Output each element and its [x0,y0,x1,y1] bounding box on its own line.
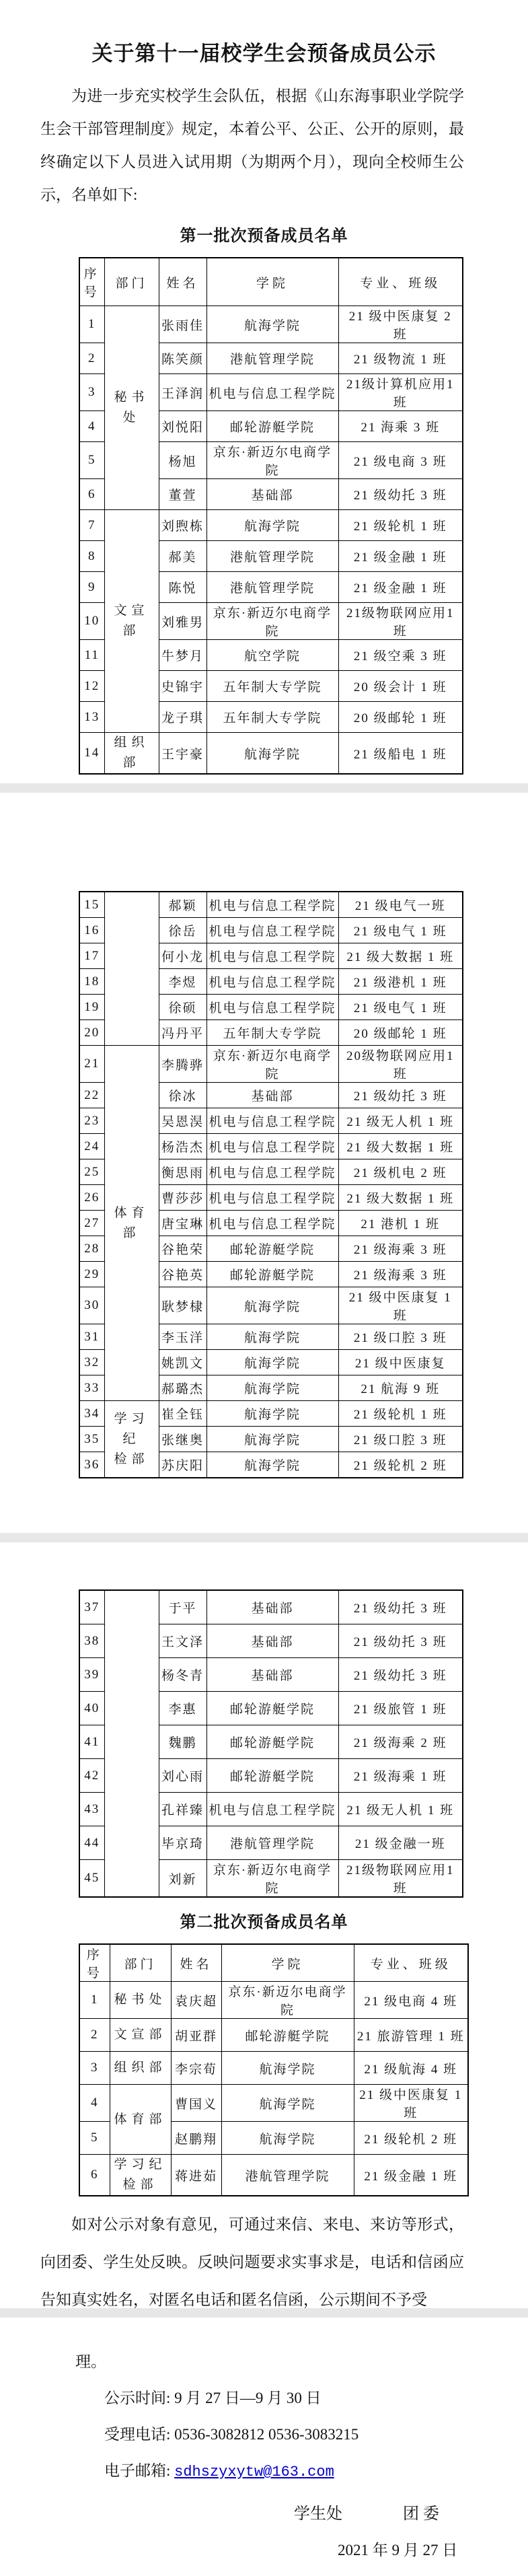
table-cell: 毕京琦 [159,1826,206,1860]
batch1-table-page2-wrap: 15郝颖机电与信息工程学院21 级电气一班16徐岳机电与信息工程学院21 级电气… [0,891,528,1478]
row-number-cell: 4 [79,411,104,442]
table-cell: 21 级幼托 3 班 [338,1624,463,1658]
row-number-cell: 26 [79,1185,104,1211]
table-cell: 机电与信息工程学院 [206,1211,338,1236]
intro-paragraph: 为进一步充实校学生会队伍，根据《山东海事职业学院学生会干部管理制度》规定，本着公… [40,79,464,211]
table-cell: 崔全钰 [159,1401,206,1427]
table-cell: 体育部 [104,1046,159,1401]
batch1-table-page2: 15郝颖机电与信息工程学院21 级电气一班16徐岳机电与信息工程学院21 级电气… [79,891,463,1478]
table-cell: 21 级轮机 1 班 [338,1401,463,1427]
table-cell: 曹国义 [171,2085,221,2122]
row-number-cell: 7 [79,510,104,541]
row-number-cell: 40 [79,1692,104,1725]
table-cell: 史锦宇 [159,671,206,702]
table-cell: 京东·新迈尔电商学院 [206,1046,338,1083]
document-page-3: 37于平基础部21 级幼托 3 班38王文泽基础部21 级幼托 3 班39杨冬青… [0,1542,528,2308]
table-cell: 邮轮游艇学院 [206,1725,338,1759]
table-cell: 20 级邮轮 1 班 [338,1020,463,1046]
row-number-cell: 23 [79,1108,104,1134]
table-cell: 21 级金融一班 [338,1826,463,1860]
row-number-cell: 35 [79,1427,104,1452]
table-cell: 航海学院 [221,2052,354,2085]
col-header-major-class: 专业、班级 [354,1944,468,1982]
table-cell: 李惠 [159,1692,206,1725]
table-cell: 邮轮游艇学院 [206,1759,338,1793]
table-cell: 五年制大专学院 [206,671,338,702]
table-cell: 胡亚群 [171,2019,221,2052]
table-cell: 21 级轮机 2 班 [354,2122,468,2155]
table-cell: 孔祥臻 [159,1793,206,1826]
table-cell: 航海学院 [206,1375,338,1401]
row-number-cell: 38 [79,1624,104,1658]
table-cell: 20 级会计 1 班 [338,671,463,702]
table-cell: 航海学院 [221,2122,354,2155]
table-cell: 郝颖 [159,892,206,918]
table-cell: 秘书处 [104,306,159,510]
table-cell: 京东·新迈尔电商学院 [206,603,338,640]
table-cell: 航海学院 [206,1452,338,1478]
email-link[interactable]: sdhszyxytw@163.com [174,2464,334,2480]
document-page-1: 关于第十一届校学生会预备成员公示 为进一步充实校学生会队伍，根据《山东海事职业学… [0,0,528,783]
table-cell: 龙子琪 [159,702,206,733]
row-number-cell: 13 [79,702,104,733]
table-cell: 21 级电气一班 [338,892,463,918]
table-row: 4体育部曹国义航海学院21 级中医康复 1 班 [79,2085,468,2122]
table-cell: 21级物联网应用1班 [338,1860,463,1898]
table-cell: 五年制大专学院 [206,702,338,733]
batch1-table-page3-wrap: 37于平基础部21 级幼托 3 班38王文泽基础部21 级幼托 3 班39杨冬青… [0,1589,528,1898]
table-cell: 21 级电商 3 班 [338,442,463,479]
table-cell: 基础部 [206,1590,338,1624]
table-cell: 唐宝琳 [159,1211,206,1236]
table-cell: 徐冰 [159,1083,206,1108]
table-cell: 机电与信息工程学院 [206,1134,338,1159]
table-cell: 21 级旅管 1 班 [338,1692,463,1725]
row-number-cell: 24 [79,1134,104,1159]
table-cell: 体育部 [110,2085,171,2155]
row-number-cell: 6 [79,2155,110,2196]
col-header-department: 部门 [110,1944,171,1982]
table-cell: 21 级大数据 1 班 [338,1185,463,1211]
table-cell: 基础部 [206,1658,338,1692]
publicity-time-line: 公示时间: 9 月 27 日—9 月 30 日 [0,2374,528,2410]
table-cell [104,1590,159,1897]
row-number-cell: 8 [79,541,104,572]
table-cell: 学习纪 检部 [104,1401,159,1478]
table-cell: 机电与信息工程学院 [206,943,338,969]
table-cell: 21 旅游管理 1 班 [354,2019,468,2052]
table-cell: 董萱 [159,479,206,510]
table-cell: 邮轮游艇学院 [206,1692,338,1725]
table-cell: 徐岳 [159,918,206,943]
table-cell: 刘新 [159,1860,206,1898]
signer-youth-league: 团 委 [403,2505,439,2523]
table-cell: 21 级口腔 3 班 [338,1427,463,1452]
table-cell: 21 级中医康复 1 班 [338,1287,463,1324]
table-cell: 魏鹏 [159,1725,206,1759]
table-cell: 杨浩杰 [159,1134,206,1159]
table-cell: 21 级幼托 3 班 [338,1658,463,1692]
row-number-cell: 2 [79,2019,110,2052]
col-header-index: 序号 [79,1944,110,1982]
table-cell: 航海学院 [206,306,338,343]
table-cell: 于平 [159,1590,206,1624]
table-cell: 郝璐杰 [159,1375,206,1401]
table-cell: 京东·新迈尔电商学院 [206,442,338,479]
row-number-cell: 43 [79,1793,104,1826]
row-number-cell: 12 [79,671,104,702]
row-number-cell: 41 [79,1725,104,1759]
table-cell: 李玉洋 [159,1324,206,1350]
signer-student-affairs: 学生处 [294,2505,342,2523]
row-number-cell: 34 [79,1401,104,1427]
table-cell: 港航管理学院 [206,541,338,572]
table-cell: 港航管理学院 [206,343,338,374]
table-cell: 邮轮游艇学院 [221,2019,354,2052]
table-cell: 苏庆阳 [159,1452,206,1478]
table-cell: 航海学院 [221,2085,354,2122]
table-cell: 航海学院 [206,733,338,775]
table-cell: 文宣部 [104,510,159,733]
row-number-cell: 28 [79,1236,104,1262]
table-cell: 21 级电气 1 班 [338,918,463,943]
table-cell: 21 级口腔 3 班 [338,1324,463,1350]
date-line: 2021 年 9 月 27 日 [0,2526,528,2563]
row-number-cell: 30 [79,1287,104,1324]
table-cell: 王宇豪 [159,733,206,775]
row-number-cell: 10 [79,603,104,640]
table-cell: 21 海乘 3 班 [338,411,463,442]
table-cell: 学习纪 检部 [110,2155,171,2196]
table-cell: 文宣部 [110,2019,171,2052]
row-number-cell: 18 [79,969,104,995]
row-number-cell: 1 [79,1982,110,2019]
table-cell: 21 级中医康复 1 班 [354,2085,468,2122]
table-cell: 21 级航海 4 班 [354,2052,468,2085]
table-cell: 李煜 [159,969,206,995]
table-cell: 21级计算机应用1班 [338,374,463,411]
table-cell: 机电与信息工程学院 [206,1108,338,1134]
table-cell: 21 级金融 1 班 [338,541,463,572]
table-cell: 曹莎莎 [159,1185,206,1211]
row-number-cell: 20 [79,1020,104,1046]
row-number-cell: 3 [79,374,104,411]
page-title: 关于第十一届校学生会预备成员公示 [27,39,501,69]
table-row: 2文宣部胡亚群邮轮游艇学院21 旅游管理 1 班 [79,2019,468,2052]
table-cell: 郝美 [159,541,206,572]
closing-paragraph-tail: 理。 [0,2318,528,2374]
table-row: 21体育部李腾骅京东·新迈尔电商学院20级物联网应用1班 [79,1046,463,1083]
table-cell: 耿梦棣 [159,1287,206,1324]
col-header-name: 姓名 [171,1944,221,1982]
table-row: 1秘书处张雨佳航海学院21 级中医康复 2 班 [79,306,463,343]
table-row: 37于平基础部21 级幼托 3 班 [79,1590,463,1624]
table-row: 3组织部李宗荀航海学院21 级航海 4 班 [79,2052,468,2085]
table-cell: 谷艳英 [159,1262,206,1287]
row-number-cell: 44 [79,1826,104,1860]
table-cell: 邮轮游艇学院 [206,411,338,442]
header-row: 序 号 部门 姓名 学院 专业、班级 [79,258,463,306]
table-cell: 20级物联网应用1班 [338,1046,463,1083]
row-number-cell: 42 [79,1759,104,1793]
table-cell: 邮轮游艇学院 [206,1236,338,1262]
table-cell: 21 级海乘 1 班 [338,1759,463,1793]
table-row: 14组织部王宇豪航海学院21 级船电 1 班 [79,733,463,775]
table-cell: 21 级电气 1 班 [338,995,463,1020]
row-number-cell: 3 [79,2052,110,2085]
row-number-cell: 6 [79,479,104,510]
table-cell: 刘雅男 [159,603,206,640]
table-cell: 航海学院 [206,1427,338,1452]
table-cell: 航海学院 [206,1324,338,1350]
row-number-cell: 37 [79,1590,104,1624]
table-cell: 航海学院 [206,1350,338,1375]
table-cell: 姚凯文 [159,1350,206,1375]
row-number-cell: 45 [79,1860,104,1898]
table-cell: 衡思雨 [159,1159,206,1185]
table-cell: 21 级幼托 3 班 [338,479,463,510]
table-cell: 21 港机 1 班 [338,1211,463,1236]
table-cell: 21 级港机 1 班 [338,969,463,995]
table-row: 1秘书处袁庆超京东·新迈尔电商学院21 级电商 4 班 [79,1982,468,2019]
table-cell: 赵鹏翔 [171,2122,221,2155]
table-cell: 21 级金融 1 班 [354,2155,468,2196]
batch1-table-page1-wrap: 序 号 部门 姓名 学院 专业、班级 1秘书处张雨佳航海学院21 级中医康复 2… [0,257,528,775]
table-cell: 21 级海乘 2 班 [338,1725,463,1759]
row-number-cell: 19 [79,995,104,1020]
table-cell: 21 级幼托 3 班 [338,1083,463,1108]
table-cell: 杨旭 [159,442,206,479]
closing-paragraph: 如对公示对象有意见，可通过来信、来电、来访等形式，向团委、学生处反映。反映问题要… [40,2206,464,2308]
row-number-cell: 22 [79,1083,104,1108]
row-number-cell: 9 [79,572,104,603]
table-cell: 冯丹平 [159,1020,206,1046]
table-cell: 杨冬青 [159,1658,206,1692]
table-cell: 航空学院 [206,640,338,671]
table-cell: 港航管理学院 [206,1826,338,1860]
col-header-college: 学院 [206,258,338,306]
table-row: 6学习纪 检部蒋进茹港航管理学院21 级金融 1 班 [79,2155,468,2196]
signature-line: 学生处团 委 [0,2484,528,2526]
table-cell: 李宗荀 [171,2052,221,2085]
row-number-cell: 5 [79,2122,110,2155]
row-number-cell: 2 [79,343,104,374]
page-break-separator [0,783,528,793]
table-cell: 组织部 [104,733,159,775]
batch1-heading: 第一批次预备成员名单 [0,225,528,248]
page-break-separator [0,2308,528,2318]
table-cell: 袁庆超 [171,1982,221,2019]
batch2-heading: 第二批次预备成员名单 [0,1911,528,1934]
table-cell: 基础部 [206,479,338,510]
table-cell: 机电与信息工程学院 [206,374,338,411]
table-cell: 刘心雨 [159,1759,206,1793]
table-cell: 20 级邮轮 1 班 [338,702,463,733]
email-line: 电子邮箱: sdhszyxytw@163.com [0,2447,528,2484]
col-header-index: 序 号 [79,258,104,306]
table-cell: 21 级幼托 3 班 [338,1590,463,1624]
row-number-cell: 31 [79,1324,104,1350]
table-cell: 机电与信息工程学院 [206,918,338,943]
table-cell: 徐硕 [159,995,206,1020]
table-cell: 基础部 [206,1624,338,1658]
table-cell: 张雨佳 [159,306,206,343]
table-cell: 刘悦阳 [159,411,206,442]
table-cell: 航海学院 [206,510,338,541]
table-cell: 21 级大数据 1 班 [338,943,463,969]
table-cell: 21 级海乘 3 班 [338,1236,463,1262]
row-number-cell: 11 [79,640,104,671]
row-number-cell: 16 [79,918,104,943]
table-cell: 蒋进茹 [171,2155,221,2196]
table-cell: 谷艳荣 [159,1236,206,1262]
table-cell: 何小龙 [159,943,206,969]
table-cell: 21 级中医康复 [338,1350,463,1375]
table-cell: 机电与信息工程学院 [206,1159,338,1185]
row-number-cell: 21 [79,1046,104,1083]
col-header-college: 学院 [221,1944,354,1982]
row-number-cell: 39 [79,1658,104,1692]
table-cell: 吴恩淏 [159,1108,206,1134]
table-cell [104,892,159,1046]
table-row: 34学习纪 检部崔全钰航海学院21 级轮机 1 班 [79,1401,463,1427]
table-cell: 21 级金融 1 班 [338,572,463,603]
table-row: 15郝颖机电与信息工程学院21 级电气一班 [79,892,463,918]
table-cell: 邮轮游艇学院 [206,1262,338,1287]
table-cell: 京东·新迈尔电商学院 [221,1982,354,2019]
table-cell: 机电与信息工程学院 [206,995,338,1020]
table-cell: 21 级大数据 1 班 [338,1134,463,1159]
batch1-table-page3: 37于平基础部21 级幼托 3 班38王文泽基础部21 级幼托 3 班39杨冬青… [79,1589,463,1898]
table-cell: 机电与信息工程学院 [206,1185,338,1211]
row-number-cell: 4 [79,2085,110,2122]
row-number-cell: 27 [79,1211,104,1236]
table-cell: 21 级电商 4 班 [354,1982,468,2019]
table-cell: 21 级物流 1 班 [338,343,463,374]
batch2-table: 序号 部门 姓名 学院 专业、班级 1秘书处袁庆超京东·新迈尔电商学院21 级电… [79,1943,469,2196]
row-number-cell: 14 [79,733,104,775]
row-number-cell: 15 [79,892,104,918]
table-cell: 21 级空乘 3 班 [338,640,463,671]
table-cell: 机电与信息工程学院 [206,1793,338,1826]
table-cell: 王文泽 [159,1624,206,1658]
table-cell: 航海学院 [206,1287,338,1324]
table-cell: 21 级海乘 3 班 [338,1262,463,1287]
announcement-document: { "document": { "title": "关于第十一届校学生会预备成员… [0,0,528,2576]
table-cell: 秘书处 [110,1982,171,2019]
col-header-name: 姓名 [159,258,206,306]
row-number-cell: 17 [79,943,104,969]
col-header-major-class: 专业、班级 [338,258,463,306]
batch2-table-wrap: 序号 部门 姓名 学院 专业、班级 1秘书处袁庆超京东·新迈尔电商学院21 级电… [0,1943,528,2196]
table-cell: 组织部 [110,2052,171,2085]
table-row: 7文宣部刘煦栋航海学院21 级轮机 1 班 [79,510,463,541]
row-number-cell: 32 [79,1350,104,1375]
table-cell: 基础部 [206,1083,338,1108]
row-number-cell: 25 [79,1159,104,1185]
table-cell: 刘煦栋 [159,510,206,541]
row-number-cell: 33 [79,1375,104,1401]
email-label: 电子邮箱: [104,2462,174,2479]
phone-line: 受理电话: 0536-3082812 0536-3083215 [0,2410,528,2447]
table-cell: 21 级中医康复 2 班 [338,306,463,343]
page-break-separator [0,1533,528,1542]
table-cell: 21 级船电 1 班 [338,733,463,775]
document-page-2: 15郝颖机电与信息工程学院21 级电气一班16徐岳机电与信息工程学院21 级电气… [0,793,528,1533]
table-cell: 王泽润 [159,374,206,411]
table-cell: 张继奥 [159,1427,206,1452]
table-cell: 21级物联网应用1班 [338,603,463,640]
table-cell: 21 级轮机 1 班 [338,510,463,541]
table-cell: 机电与信息工程学院 [206,969,338,995]
table-cell: 港航管理学院 [221,2155,354,2196]
table-cell: 牛梦月 [159,640,206,671]
table-cell: 21 级无人机 1 班 [338,1108,463,1134]
table-cell: 五年制大专学院 [206,1020,338,1046]
row-number-cell: 29 [79,1262,104,1287]
table-cell: 21 级轮机 2 班 [338,1452,463,1478]
col-header-department: 部门 [104,258,159,306]
table-cell: 21 航海 9 班 [338,1375,463,1401]
row-number-cell: 1 [79,306,104,343]
table-cell: 港航管理学院 [206,572,338,603]
batch1-table-page1: 序 号 部门 姓名 学院 专业、班级 1秘书处张雨佳航海学院21 级中医康复 2… [79,257,463,775]
table-cell: 21 级机电 2 班 [338,1159,463,1185]
table-cell: 航海学院 [206,1401,338,1427]
table-cell: 机电与信息工程学院 [206,892,338,918]
row-number-cell: 5 [79,442,104,479]
table-cell: 陈笑颜 [159,343,206,374]
table-cell: 21 级无人机 1 班 [338,1793,463,1826]
table-cell: 京东·新迈尔电商学院 [206,1860,338,1898]
table-cell: 陈悦 [159,572,206,603]
table-cell: 李腾骅 [159,1046,206,1083]
row-number-cell: 36 [79,1452,104,1478]
header-row: 序号 部门 姓名 学院 专业、班级 [79,1944,468,1982]
document-page-4: 理。 公示时间: 9 月 27 日—9 月 30 日 受理电话: 0536-30… [0,2318,528,2576]
